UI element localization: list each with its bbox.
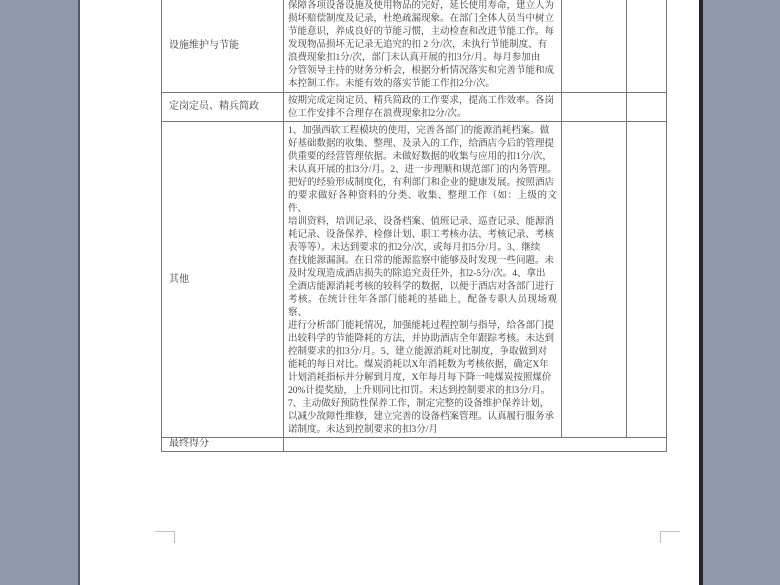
score-cell-empty — [562, 121, 627, 437]
score-cell-empty — [562, 0, 627, 92]
description-cell: 1、加强西软工程模块的使用，完善各部门的能源消耗档案。做 好基础数据的收集、整理… — [284, 121, 562, 437]
description-cell: 按期完成定岗定员、精兵简政的工作要求，提高工作效率。各岗 位工作安排不合理存在浪… — [284, 92, 562, 121]
category-cell: 设施维护与节能 — [162, 0, 284, 92]
category-cell: 最终得分 — [162, 437, 284, 451]
category-cell: 定岗定员、精兵简政 — [162, 92, 284, 121]
margin-corner-mark-left — [155, 531, 175, 543]
assessment-criteria-table: 设施维护与节能 保障各项设备设施及使用物品的完好，延长使用寿命，建立人为 损坏赔… — [161, 0, 667, 452]
score-cell-empty — [562, 92, 627, 121]
final-score-value-cell — [284, 437, 667, 451]
document-viewer-canvas: 设施维护与节能 保障各项设备设施及使用物品的完好，延长使用寿命，建立人为 损坏赔… — [0, 0, 780, 585]
table-row-final-score: 最终得分 — [162, 437, 667, 451]
description-cell: 保障各项设备设施及使用物品的完好，延长使用寿命，建立人为 损坏赔偿制度及记录，杜… — [284, 0, 562, 92]
score-cell-empty — [627, 121, 667, 437]
score-cell-empty — [627, 92, 667, 121]
table-row-other: 其他 1、加强西软工程模块的使用，完善各部门的能源消耗档案。做 好基础数据的收集… — [162, 121, 667, 437]
score-cell-empty — [627, 0, 667, 92]
margin-corner-mark-right — [660, 531, 680, 543]
document-page: 设施维护与节能 保障各项设备设施及使用物品的完好，延长使用寿命，建立人为 损坏赔… — [78, 0, 703, 585]
category-cell: 其他 — [162, 121, 284, 437]
table-row-staffing: 定岗定员、精兵简政 按期完成定岗定员、精兵简政的工作要求，提高工作效率。各岗 位… — [162, 92, 667, 121]
table-row-facility-maintenance: 设施维护与节能 保障各项设备设施及使用物品的完好，延长使用寿命，建立人为 损坏赔… — [162, 0, 667, 92]
